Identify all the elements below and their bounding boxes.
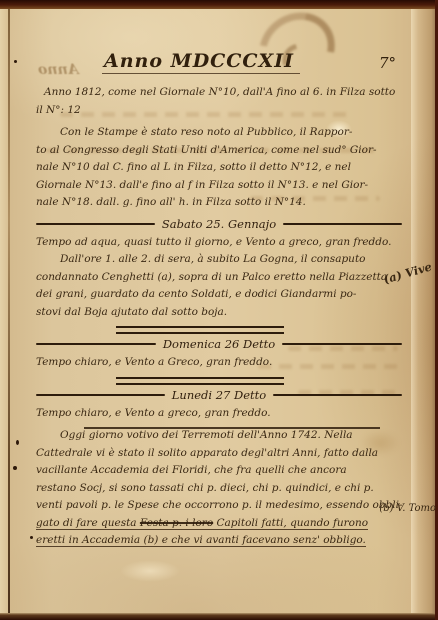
manuscript-page: Anno (a) Vive (b) V. Tomo Anno MDCCCXII … [0,0,438,620]
header-rule [283,223,402,225]
page-header: Anno MDCCCXII 7° [36,48,364,82]
underlined-text: gato di fare questa [36,517,140,530]
manuscript-line: il N°: 12 [36,102,364,120]
book-bottom-edge [0,613,438,620]
entry-date: Lunedi 27 Detto [172,388,266,402]
manuscript-line: Anno 1812, come nel Giornale N°10, dall'… [44,84,364,102]
manuscript-line: gato di fare questa Festa p. i loro Capi… [36,515,364,533]
page-number: 7° [379,54,396,72]
section-divider-double-rule [116,377,284,385]
manuscript-line: Giornale N°13. dall'e fino al f in Filza… [36,177,364,195]
entry-date: Sabato 25. Gennajo [162,217,276,231]
manuscript-line: Dall'ore 1. alle 2. di sera, à subito La… [60,251,364,269]
page-title: Anno MDCCCXII [102,50,300,74]
manuscript-line: Con le Stampe è stato reso noto al Pubbl… [60,124,364,142]
manuscript-text-block: Anno MDCCCXII 7° Anno 1812, come nel Gio… [36,48,364,555]
manuscript-line: nale N°10 dal C. fino al L in Filza, sot… [36,159,364,177]
book-top-edge [0,0,438,9]
entry-sabato-25-body: Tempo ad aqua, quasi tutto il giorno, e … [36,234,364,322]
manuscript-line: venti pavoli p. le Spese che occorrono p… [36,497,364,515]
section-divider-double-rule [116,326,284,334]
page-fore-edge [411,9,435,613]
struck-through-text: Festa p. i loro [140,517,213,530]
header-rule [273,394,402,396]
manuscript-line: stovi dal Boja ajutato dal sotto boja. [36,304,364,322]
manuscript-line: Cattedrale vi è stato il solito apparato… [36,445,364,463]
binding-crease [8,9,10,613]
manuscript-line: condannato Cenghetti (a), sopra di un Pa… [36,269,364,287]
manuscript-line: restano Socj, si sono tassati chi p. die… [36,480,364,498]
manuscript-line: Tempo chiaro, e Vento a Greco, gran fred… [36,354,364,372]
ink-speck [16,440,19,445]
ink-speck [13,466,17,470]
page-left-margin-edge [0,9,8,613]
manuscript-line: vacillante Accademia dei Floridi, che fr… [36,462,364,480]
header-rule [36,223,155,225]
manuscript-line: nale N°18. dall. g. fino all' h. in Filz… [36,194,364,212]
intro-paragraph-2: Con le Stampe è stato reso noto al Pubbl… [36,124,364,212]
manuscript-line: eretti in Accademia (b) e che vi avanti … [36,532,364,550]
header-rule [36,394,165,396]
entry-domenica-26-body: Tempo chiaro, e Vento a Greco, gran fred… [36,354,364,372]
terremoti-paragraph: Oggi giorno votivo dei Terremoti dell'An… [36,427,364,550]
entry-header-sabato-25: Sabato 25. Gennajo [36,217,402,231]
header-rule [36,343,156,345]
underlined-text: Capitoli fatti, quando furono [213,517,368,530]
manuscript-line: Oggi giorno votivo dei Terremoti dell'An… [60,427,364,445]
manuscript-line: Tempo ad aqua, quasi tutto il giorno, e … [36,234,364,252]
manuscript-line: Tempo chiaro, e Vento a greco, gran fred… [36,405,364,423]
manuscript-line: dei grani, guardato da cento Soldati, e … [36,286,364,304]
entry-header-lunedi-27: Lunedi 27 Detto [36,388,402,402]
underlined-text: eretti in Accademia (b) e che vi avanti … [36,534,366,547]
paper-stain [120,560,180,582]
intro-paragraph-1: Anno 1812, come nel Giornale N°10, dall'… [36,84,364,119]
entry-date: Domenica 26 Detto [163,337,275,351]
entry-header-domenica-26: Domenica 26 Detto [36,337,402,351]
ink-speck [30,536,33,539]
ink-speck [14,60,17,63]
entry-lunedi-27-body: Tempo chiaro, e Vento a greco, gran fred… [36,405,364,423]
manuscript-line: to al Congresso degli Stati Uniti d'Amer… [36,142,364,160]
header-rule [282,343,402,345]
